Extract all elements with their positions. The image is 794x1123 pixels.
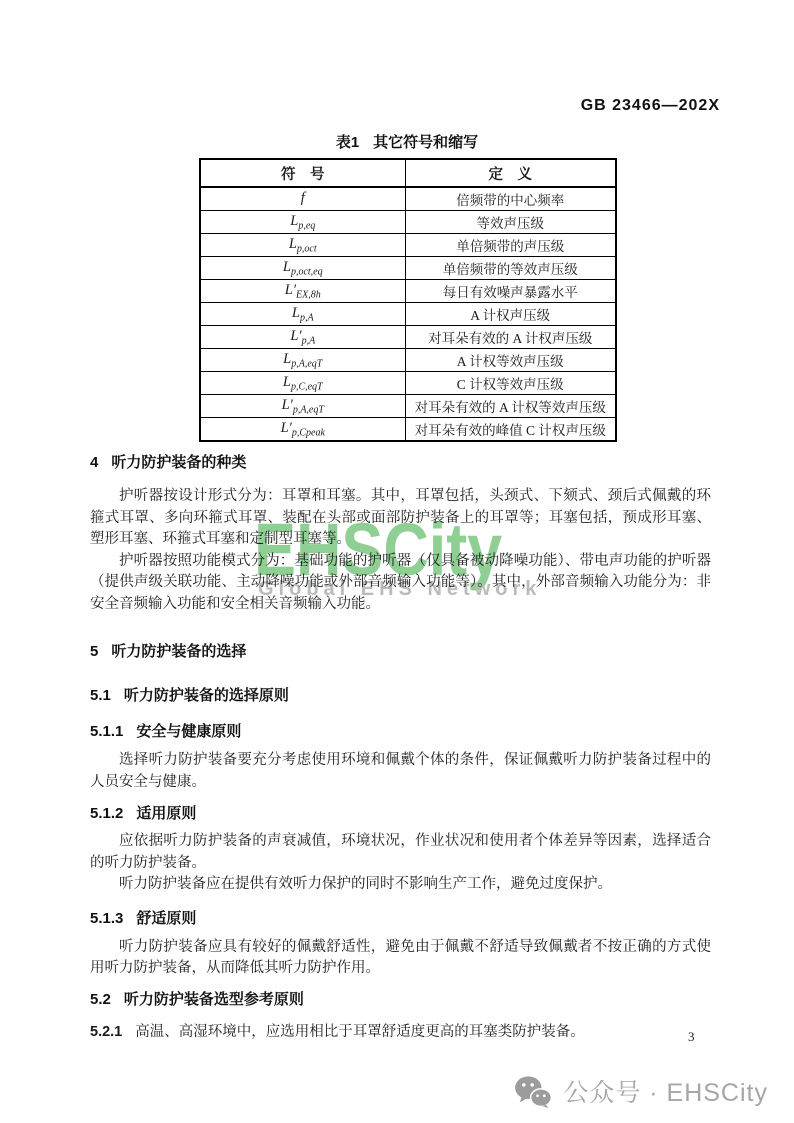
- table-row: Lp,A,eqT A 计权等效声压级: [200, 349, 616, 372]
- section-heading-5-1-1: 5.1.1安全与健康原则: [90, 721, 711, 743]
- paragraph: 护听器按设计形式分为：耳罩和耳塞。其中，耳罩包括，头颈式、下颏式、颈后式佩戴的环…: [90, 486, 711, 551]
- section-heading-5-2: 5.2听力防护装备选型参考原则: [90, 989, 711, 1011]
- definition-cell: 单倍频带的声压级: [405, 234, 616, 257]
- section-heading-5-1: 5.1听力防护装备的选择原则: [90, 685, 711, 707]
- table-row: Lp,oct,eq 单倍频带的等效声压级: [200, 257, 616, 280]
- column-header-symbol: 符 号: [200, 159, 405, 187]
- symbol-cell: Lp,A: [200, 303, 405, 326]
- section-heading-5: 5听力防护装备的选择: [90, 641, 711, 663]
- table-row: L′p,Cpeak 对耳朵有效的峰值 C 计权声压级: [200, 418, 616, 442]
- definition-cell: C 计权等效声压级: [405, 372, 616, 395]
- paragraph: 护听器按照功能模式分为：基础功能的护听器（仅具备被动降噪功能）、带电声功能的护听…: [90, 551, 711, 616]
- table-row: L′EX,8h 每日有效噪声暴露水平: [200, 280, 616, 303]
- footer: 公众号 · EHSCity: [514, 1072, 768, 1110]
- table-header-row: 符 号 定 义: [200, 159, 616, 187]
- table-title: 表1其它符号和缩写: [199, 131, 615, 152]
- document-body: 4听力防护装备的种类 护听器按设计形式分为：耳罩和耳塞。其中，耳罩包括，头颈式、…: [90, 450, 711, 1043]
- table-row: Lp,oct 单倍频带的声压级: [200, 234, 616, 257]
- definition-cell: 等效声压级: [405, 211, 616, 234]
- table-row: f 倍频带的中心频率: [200, 187, 616, 211]
- column-header-definition: 定 义: [405, 159, 616, 187]
- document-page: EHSCity Global EHS Network GB 23466—202X…: [0, 0, 794, 1123]
- symbol-table: 符 号 定 义 f 倍频带的中心频率 Lp,eq 等效声压级 Lp,oct 单倍…: [199, 158, 617, 442]
- table-row: Lp,C,eqT C 计权等效声压级: [200, 372, 616, 395]
- symbol-cell: Lp,A,eqT: [200, 349, 405, 372]
- symbol-cell: L′p,A,eqT: [200, 395, 405, 418]
- paragraph: 选择听力防护装备要充分考虑使用环境和佩戴个体的条件，保证佩戴听力防护装备过程中的…: [90, 750, 711, 793]
- section-heading-4: 4听力防护装备的种类: [90, 452, 711, 474]
- definition-cell: 对耳朵有效的峰值 C 计权声压级: [405, 418, 616, 442]
- symbol-cell: Lp,oct: [200, 234, 405, 257]
- symbol-cell: Lp,C,eqT: [200, 372, 405, 395]
- standard-number: GB 23466—202X: [581, 97, 720, 115]
- definition-cell: 倍频带的中心频率: [405, 187, 616, 211]
- table-row: Lp,eq 等效声压级: [200, 211, 616, 234]
- definition-cell: A 计权声压级: [405, 303, 616, 326]
- section-heading-5-1-2: 5.1.2适用原则: [90, 803, 711, 825]
- table-title-number: 表1: [336, 134, 359, 151]
- symbol-cell: Lp,oct,eq: [200, 257, 405, 280]
- symbol-cell: L′EX,8h: [200, 280, 405, 303]
- section-heading-5-1-3: 5.1.3舒适原则: [90, 908, 711, 930]
- definition-cell: 每日有效噪声暴露水平: [405, 280, 616, 303]
- symbol-cell: f: [200, 187, 405, 211]
- table-row: L′p,A,eqT 对耳朵有效的 A 计权等效声压级: [200, 395, 616, 418]
- table-row: L′p,A 对耳朵有效的 A 计权声压级: [200, 326, 616, 349]
- paragraph: 听力防护装备应在提供有效听力保护的同时不影响生产工作，避免过度保护。: [90, 874, 711, 896]
- definition-cell: 对耳朵有效的 A 计权等效声压级: [405, 395, 616, 418]
- definition-cell: A 计权等效声压级: [405, 349, 616, 372]
- paragraph: 听力防护装备应具有较好的佩戴舒适性，避免由于佩戴不舒适导致佩戴者不按正确的方式使…: [90, 937, 711, 980]
- clause-5-2-1: 5.2.1高温、高湿环境中，应选用相比于耳罩舒适度更高的耳塞类防护装备。: [90, 1022, 711, 1044]
- symbol-cell: Lp,eq: [200, 211, 405, 234]
- definition-cell: 对耳朵有效的 A 计权声压级: [405, 326, 616, 349]
- definition-cell: 单倍频带的等效声压级: [405, 257, 616, 280]
- table-title-text: 其它符号和缩写: [373, 134, 478, 151]
- footer-label: 公众号 · EHSCity: [563, 1073, 768, 1109]
- paragraph: 应依据听力防护装备的声衰减值，环境状况，作业状况和使用者个体差异等因素，选择适合…: [90, 831, 711, 874]
- table-row: Lp,A A 计权声压级: [200, 303, 616, 326]
- symbol-cell: L′p,A: [200, 326, 405, 349]
- wechat-icon: [514, 1075, 552, 1108]
- symbol-cell: L′p,Cpeak: [200, 418, 405, 442]
